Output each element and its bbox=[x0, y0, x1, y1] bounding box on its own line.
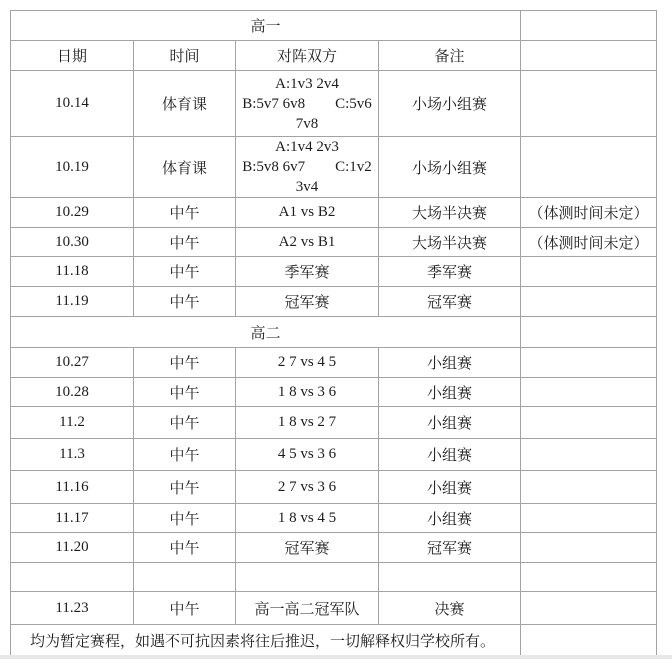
section-title-grade1: 高一 bbox=[11, 11, 521, 41]
note-cell: 决赛 bbox=[379, 592, 521, 625]
table-row: 11.2 中午 1 8 vs 2 7 小组赛 bbox=[11, 407, 657, 439]
table-row: 10.28 中午 1 8 vs 3 6 小组赛 bbox=[11, 378, 657, 407]
header-extra bbox=[521, 41, 657, 71]
vs-cell: A:1v3 2v4 B:5v7 6v8 C:5v6 7v8 bbox=[236, 71, 379, 137]
time-cell: 体育课 bbox=[134, 137, 236, 198]
note-cell: 小组赛 bbox=[379, 504, 521, 533]
table-row: 10.30 中午 A2 vs B1 大场半决赛 （体测时间未定） bbox=[11, 228, 657, 257]
table-row: 11.19 中午 冠军赛 冠军赛 bbox=[11, 287, 657, 317]
note-cell: 小场小组赛 bbox=[379, 71, 521, 137]
vs-cell: 冠军赛 bbox=[236, 533, 379, 563]
note-cell: 大场半决赛 bbox=[379, 198, 521, 228]
vs-cell: 4 5 vs 3 6 bbox=[236, 439, 379, 471]
date-cell bbox=[11, 563, 134, 592]
vs-cell: 季军赛 bbox=[236, 257, 379, 287]
vs-cell: A1 vs B2 bbox=[236, 198, 379, 228]
note-cell: 小组赛 bbox=[379, 439, 521, 471]
time-cell: 中午 bbox=[134, 407, 236, 439]
remark-cell bbox=[521, 592, 657, 625]
empty-row bbox=[11, 563, 657, 592]
date-cell: 11.20 bbox=[11, 533, 134, 563]
table-row: 11.16 中午 2 7 vs 3 6 小组赛 bbox=[11, 471, 657, 504]
footer-note: 均为暂定赛程，如遇不可抗因素将往后推迟，一切解释权归学校所有。 bbox=[11, 625, 521, 656]
remark-cell bbox=[521, 533, 657, 563]
date-cell: 11.19 bbox=[11, 287, 134, 317]
header-note: 备注 bbox=[379, 41, 521, 71]
note-cell: 冠军赛 bbox=[379, 533, 521, 563]
note-cell: 小组赛 bbox=[379, 348, 521, 378]
time-cell: 中午 bbox=[134, 378, 236, 407]
note-cell: 冠军赛 bbox=[379, 287, 521, 317]
section-row-grade2: 高二 bbox=[11, 317, 657, 348]
vs-cell: 1 8 vs 3 6 bbox=[236, 378, 379, 407]
table-row: 10.19 体育课 A:1v4 2v3 B:5v8 6v7 C:1v2 3v4 … bbox=[11, 137, 657, 198]
date-cell: 10.28 bbox=[11, 378, 134, 407]
date-cell: 11.17 bbox=[11, 504, 134, 533]
remark-cell bbox=[521, 287, 657, 317]
time-cell: 中午 bbox=[134, 348, 236, 378]
note-cell: 小组赛 bbox=[379, 407, 521, 439]
time-cell bbox=[134, 563, 236, 592]
note-cell: 小组赛 bbox=[379, 378, 521, 407]
table-row: 10.14 体育课 A:1v3 2v4 B:5v7 6v8 C:5v6 7v8 … bbox=[11, 71, 657, 137]
note-cell: 大场半决赛 bbox=[379, 228, 521, 257]
table-row: 10.29 中午 A1 vs B2 大场半决赛 （体测时间未定） bbox=[11, 198, 657, 228]
header-time: 时间 bbox=[134, 41, 236, 71]
time-cell: 中午 bbox=[134, 471, 236, 504]
time-cell: 体育课 bbox=[134, 71, 236, 137]
empty-cell bbox=[521, 11, 657, 41]
remark-cell bbox=[521, 137, 657, 198]
note-cell: 小场小组赛 bbox=[379, 137, 521, 198]
remark-cell bbox=[521, 257, 657, 287]
remark-cell bbox=[521, 71, 657, 137]
footer-row: 均为暂定赛程，如遇不可抗因素将往后推迟，一切解释权归学校所有。 bbox=[11, 625, 657, 656]
date-cell: 11.2 bbox=[11, 407, 134, 439]
date-cell: 11.23 bbox=[11, 592, 134, 625]
remark-cell bbox=[521, 407, 657, 439]
match-schedule-table: 高一 日期 时间 对阵双方 备注 10.14 体育课 A:1v3 2v4 B:5… bbox=[10, 10, 657, 656]
empty-cell bbox=[521, 625, 657, 656]
date-cell: 11.18 bbox=[11, 257, 134, 287]
remark-cell bbox=[521, 439, 657, 471]
note-cell: 小组赛 bbox=[379, 471, 521, 504]
remark-cell bbox=[521, 471, 657, 504]
date-cell: 10.30 bbox=[11, 228, 134, 257]
date-cell: 10.27 bbox=[11, 348, 134, 378]
table-row: 11.17 中午 1 8 vs 4 5 小组赛 bbox=[11, 504, 657, 533]
table-row: 11.20 中午 冠军赛 冠军赛 bbox=[11, 533, 657, 563]
note-cell bbox=[379, 563, 521, 592]
section-title-grade2: 高二 bbox=[11, 317, 521, 348]
remark-cell bbox=[521, 378, 657, 407]
table-row: 10.27 中午 2 7 vs 4 5 小组赛 bbox=[11, 348, 657, 378]
time-cell: 中午 bbox=[134, 504, 236, 533]
remark-cell: （体测时间未定） bbox=[521, 198, 657, 228]
remark-cell bbox=[521, 348, 657, 378]
empty-cell bbox=[521, 317, 657, 348]
vs-cell bbox=[236, 563, 379, 592]
vs-cell: 2 7 vs 3 6 bbox=[236, 471, 379, 504]
remark-cell bbox=[521, 504, 657, 533]
date-cell: 11.16 bbox=[11, 471, 134, 504]
time-cell: 中午 bbox=[134, 287, 236, 317]
header-row: 日期 时间 对阵双方 备注 bbox=[11, 41, 657, 71]
date-cell: 11.3 bbox=[11, 439, 134, 471]
remark-cell: （体测时间未定） bbox=[521, 228, 657, 257]
header-date: 日期 bbox=[11, 41, 134, 71]
table-row: 11.23 中午 高一高二冠军队 决赛 bbox=[11, 592, 657, 625]
time-cell: 中午 bbox=[134, 198, 236, 228]
table-row: 11.3 中午 4 5 vs 3 6 小组赛 bbox=[11, 439, 657, 471]
date-cell: 10.19 bbox=[11, 137, 134, 198]
time-cell: 中午 bbox=[134, 439, 236, 471]
date-cell: 10.14 bbox=[11, 71, 134, 137]
date-cell: 10.29 bbox=[11, 198, 134, 228]
vs-cell: 2 7 vs 4 5 bbox=[236, 348, 379, 378]
vs-cell: 冠军赛 bbox=[236, 287, 379, 317]
note-cell: 季军赛 bbox=[379, 257, 521, 287]
vs-cell: A:1v4 2v3 B:5v8 6v7 C:1v2 3v4 bbox=[236, 137, 379, 198]
section-row-grade1: 高一 bbox=[11, 11, 657, 41]
vs-cell: 高一高二冠军队 bbox=[236, 592, 379, 625]
table-row: 11.18 中午 季军赛 季军赛 bbox=[11, 257, 657, 287]
time-cell: 中午 bbox=[134, 592, 236, 625]
header-vs: 对阵双方 bbox=[236, 41, 379, 71]
time-cell: 中午 bbox=[134, 257, 236, 287]
remark-cell bbox=[521, 563, 657, 592]
vs-cell: 1 8 vs 4 5 bbox=[236, 504, 379, 533]
vs-cell: 1 8 vs 2 7 bbox=[236, 407, 379, 439]
vs-cell: A2 vs B1 bbox=[236, 228, 379, 257]
page-break-divider bbox=[0, 655, 672, 659]
time-cell: 中午 bbox=[134, 228, 236, 257]
time-cell: 中午 bbox=[134, 533, 236, 563]
